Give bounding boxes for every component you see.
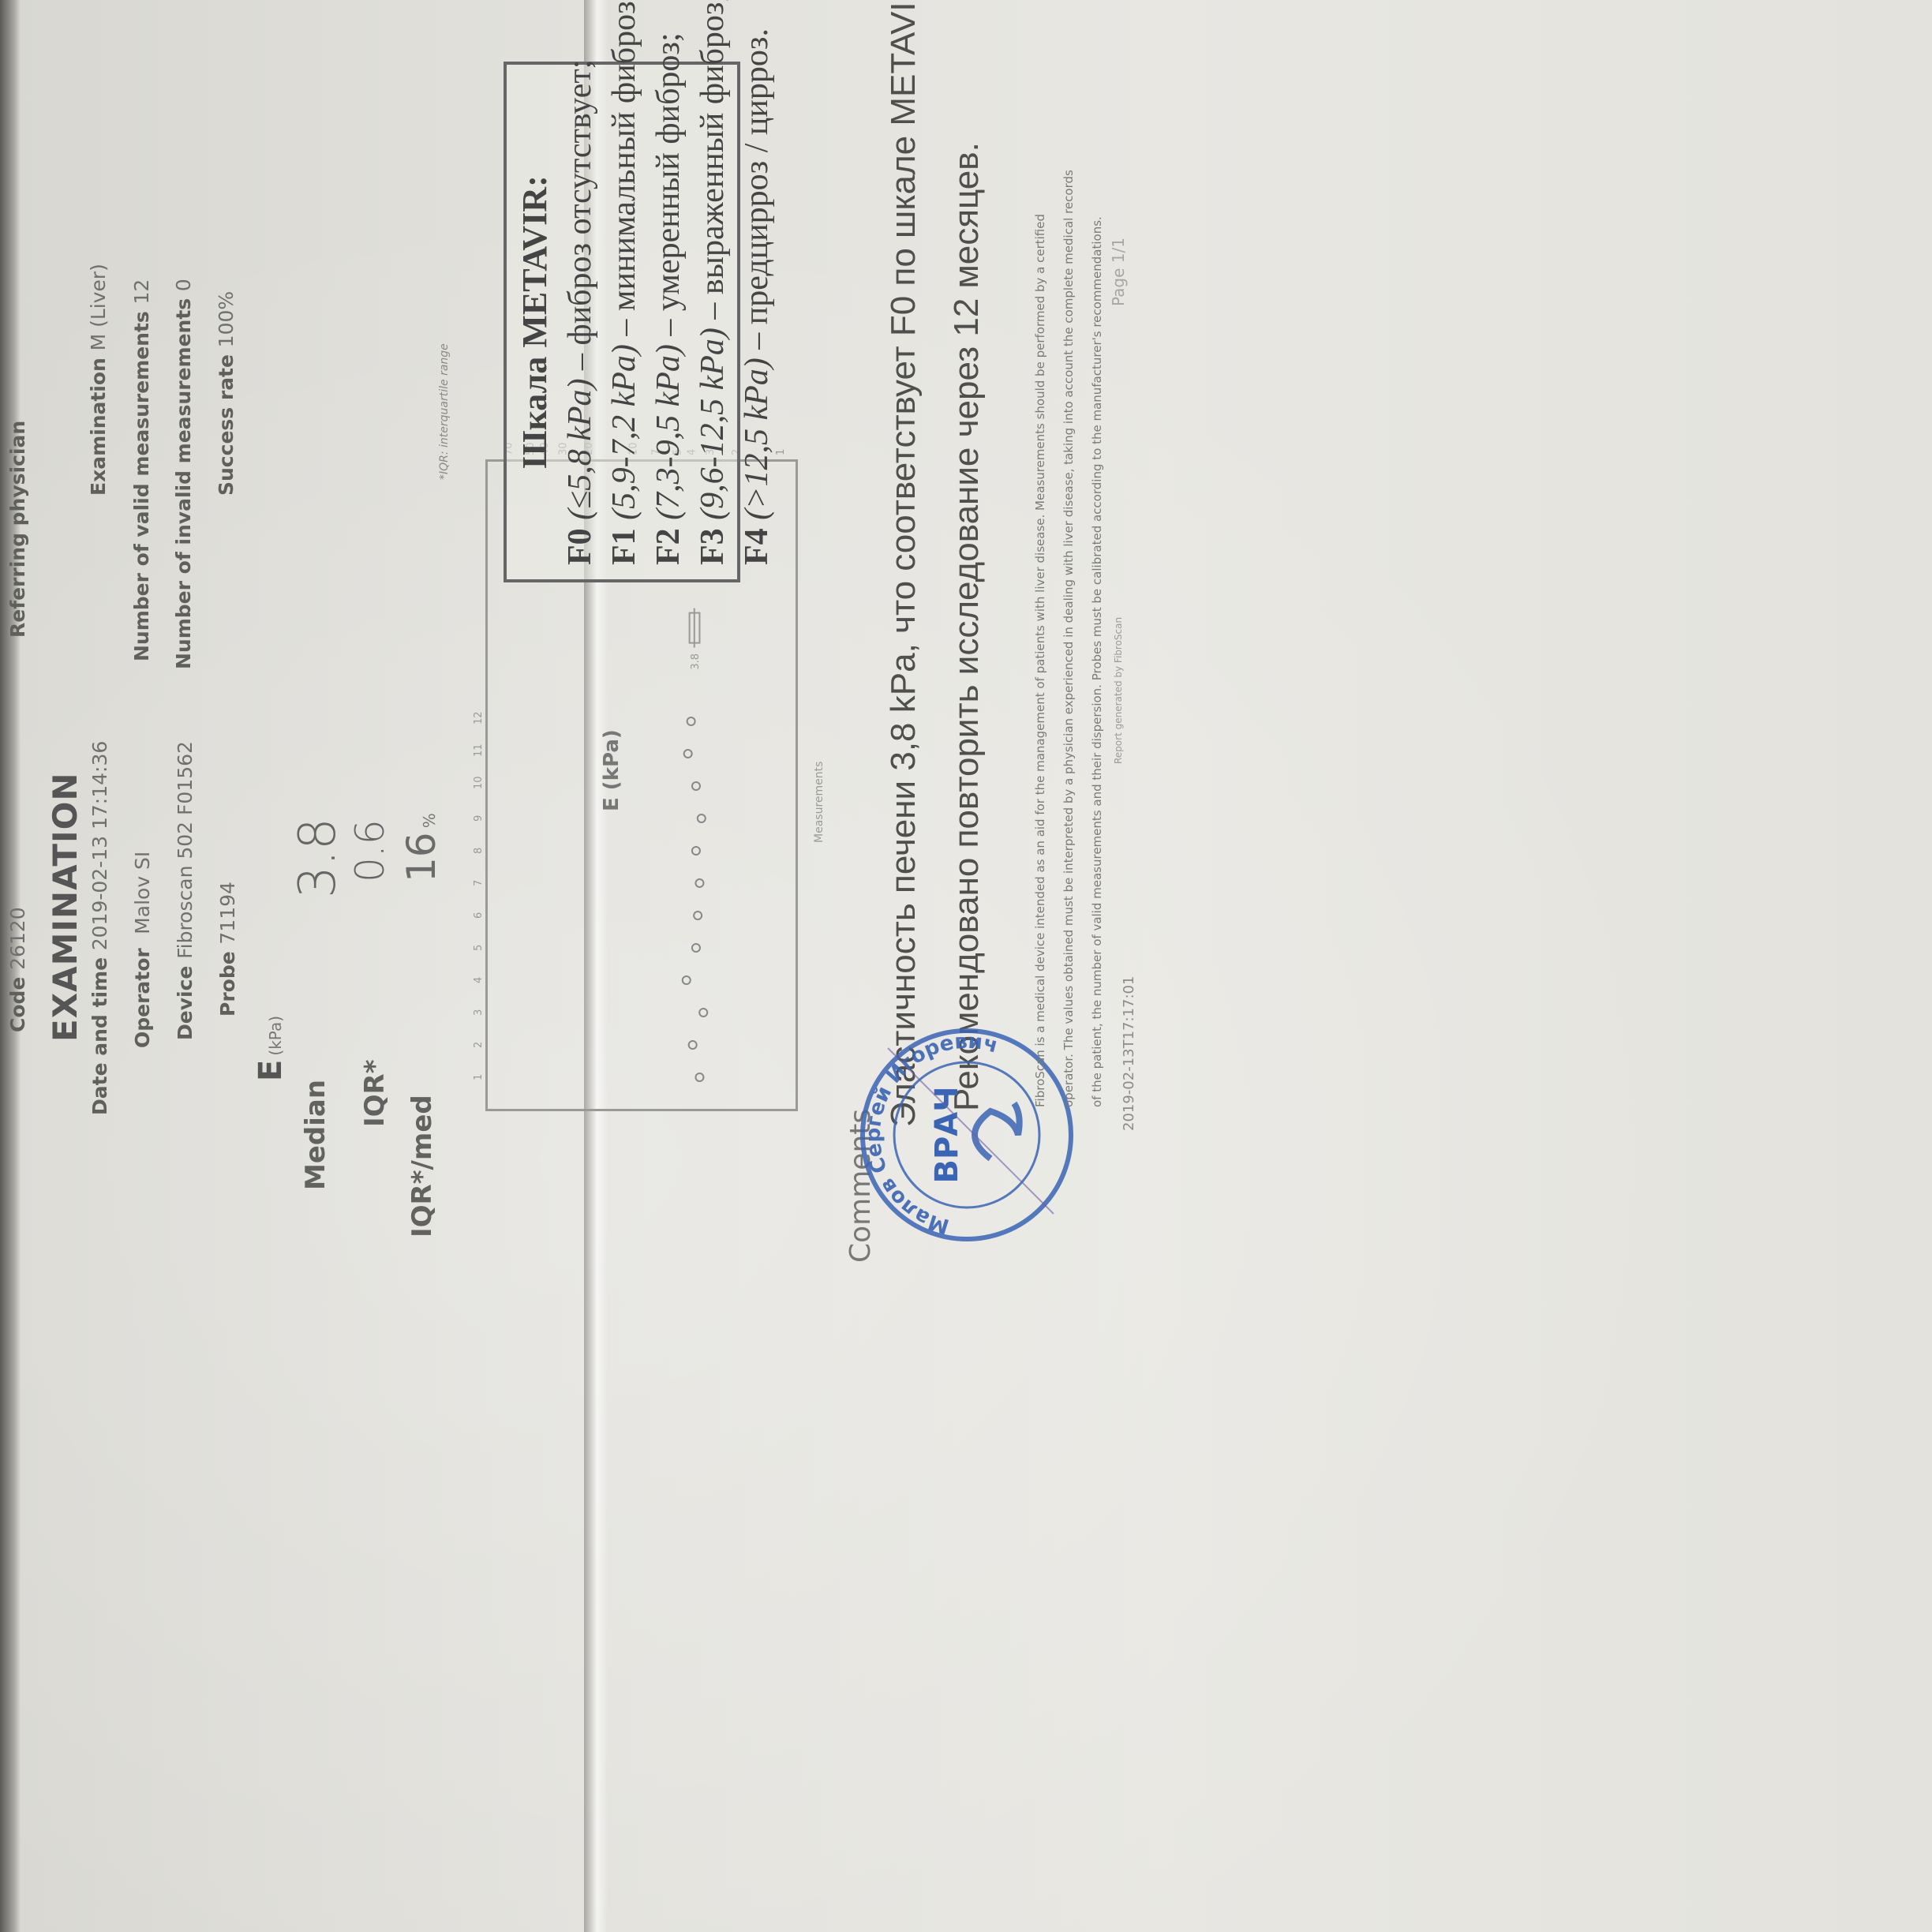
median-annotation: 3.8	[690, 653, 702, 670]
metavir-description: – предцирроз / цирроз.	[739, 28, 775, 358]
conclusion-recommendation: Рекомендовано повторить исследование чер…	[947, 142, 987, 1111]
x-tick-label: 11	[473, 743, 485, 757]
generated-timestamp: 2019-02-13T17:17:01	[1121, 976, 1137, 1131]
success-rate-value: 100%	[215, 291, 238, 347]
chart-x-label: Measurements	[813, 762, 826, 843]
referring-physician-label: Referring physician	[6, 421, 29, 638]
e-heading: E (kPa)	[253, 1016, 289, 1081]
date-time-value: 2019-02-13 17:14:36	[88, 741, 111, 951]
e-unit: (kPa)	[266, 1016, 285, 1056]
iqr-label: IQR*	[359, 1059, 391, 1127]
x-tick-label: 8	[473, 848, 485, 854]
device-field: Device Fibroscan 502 F01562	[174, 741, 197, 1040]
valid-measurements-field: Number of valid measurements 12	[130, 279, 153, 661]
code-label: Code	[6, 977, 29, 1032]
metavir-rows: F0 (≤5,8 kPa) – фиброз отсутствует;F1 (5…	[561, 79, 776, 565]
metavir-range: (7,3-9,5 kPa)	[650, 344, 687, 520]
x-tick-label: 2	[473, 1042, 485, 1048]
probe-field: Probe 71194	[216, 882, 239, 1017]
x-tick-label: 7	[473, 880, 485, 886]
measurement-point	[699, 1009, 707, 1017]
success-rate-label: Success rate	[215, 354, 238, 496]
measurement-point	[698, 814, 706, 822]
y-tick-label: 1	[775, 449, 787, 455]
iqr-footnote: *IQR: interquartile range	[438, 343, 451, 480]
caduceus-icon	[975, 1103, 1020, 1159]
metavir-title: Шкала METAVIR:	[515, 79, 555, 565]
code-value: 26120	[6, 907, 29, 970]
valid-measurements-value: 12	[130, 279, 153, 305]
code-field: Code 26120	[6, 907, 29, 1032]
iqr-value: 0.6	[347, 819, 393, 882]
measurement-point	[695, 879, 703, 887]
measurement-point	[694, 912, 702, 919]
x-tick-label: 9	[473, 815, 485, 822]
page-number: Page 1/1	[1109, 238, 1128, 306]
metavir-description: – выраженный фиброз;	[695, 0, 731, 328]
metavir-row-f4: F4 (>12,5 kPa) – предцирроз / цирроз.	[738, 79, 776, 565]
iqr-med-unit: %	[420, 813, 439, 828]
metavir-row-f3: F3 (9,6-12,5 kPa) – выраженный фиброз;	[694, 79, 732, 565]
x-tick-label: 1	[473, 1074, 485, 1080]
valid-measurements-label: Number of valid measurements	[130, 311, 153, 661]
x-tick-label: 10	[473, 776, 485, 789]
invalid-measurements-label: Number of invalid measurements	[172, 298, 195, 669]
median-label: Median	[300, 1080, 331, 1190]
x-tick-label: 3	[473, 1009, 485, 1016]
device-value: Fibroscan 502 F01562	[174, 741, 197, 959]
x-tick-label: 5	[473, 945, 485, 951]
measurement-point	[683, 976, 691, 984]
metavir-scale-box: Шкала METAVIR: F0 (≤5,8 kPa) – фиброз от…	[504, 62, 740, 582]
metavir-row-f1: F1 (5,9-7,2 kPa) – минимальный фиброз;	[605, 79, 643, 565]
invalid-measurements-value: 0	[172, 279, 195, 291]
rotated-report: Code 26120 Referring physician EXAMINATI…	[0, 0, 1932, 1932]
generated-by: Report generated by FibroScan	[1113, 617, 1124, 764]
measurement-point	[695, 1073, 703, 1081]
device-label: Device	[174, 966, 197, 1040]
probe-value: 71194	[216, 882, 239, 945]
examination-type-label: Examination	[87, 358, 110, 496]
invalid-measurements-field: Number of invalid measurements 0	[172, 279, 195, 669]
e-label: E	[253, 1060, 289, 1081]
median-value: 3.8	[289, 818, 347, 898]
metavir-grade: F2	[650, 520, 687, 565]
metavir-range: (>12,5 kPa)	[739, 358, 775, 520]
measurement-point	[687, 717, 695, 725]
metavir-description: – фиброз отсутствует;	[562, 60, 598, 379]
metavir-row-f0: F0 (≤5,8 kPa) – фиброз отсутствует;	[561, 79, 599, 565]
date-time-field: Date and time 2019-02-13 17:14:36	[88, 741, 111, 1115]
metavir-grade: F3	[695, 520, 731, 565]
metavir-range: (5,9-7,2 kPa)	[606, 344, 642, 520]
measurement-point	[692, 782, 700, 790]
metavir-grade: F4	[739, 520, 775, 565]
operator-value: Malov SI	[131, 852, 154, 934]
success-rate-field: Success rate 100%	[215, 291, 238, 496]
operator-label: Operator	[131, 948, 154, 1048]
metavir-description: – умеренный фиброз;	[650, 32, 687, 344]
metavir-description: – минимальный фиброз;	[606, 0, 642, 344]
iqr-med-value: 16	[399, 832, 444, 882]
metavir-grade: F0	[562, 520, 598, 565]
metavir-range: (≤5,8 kPa)	[562, 379, 598, 520]
x-tick-label: 6	[473, 912, 485, 919]
date-time-label: Date and time	[88, 957, 111, 1115]
operator-field: Operator Malov SI	[131, 852, 154, 1048]
measurement-point	[692, 944, 700, 952]
measurement-point	[689, 1041, 697, 1049]
disclaimer-text: FibroScan is a medical device intended a…	[1026, 160, 1111, 1107]
measurement-point	[684, 750, 692, 758]
examination-type-field: Examination M (Liver)	[87, 264, 110, 496]
probe-label: Probe	[216, 951, 239, 1017]
x-tick-label: 4	[473, 977, 485, 983]
stamp-center-text: ВРАЧ	[929, 1086, 965, 1183]
x-tick-label: 12	[473, 711, 485, 724]
section-title: EXAMINATION	[46, 772, 84, 1042]
metavir-range: (9,6-12,5 kPa)	[695, 328, 731, 520]
examination-type-value: M (Liver)	[87, 264, 110, 350]
iqr-med-label: IQR*/med	[406, 1095, 438, 1237]
metavir-grade: F1	[606, 520, 642, 565]
measurement-point	[692, 847, 700, 855]
metavir-row-f2: F2 (7,3-9,5 kPa) – умеренный фиброз;	[650, 79, 687, 565]
conclusion-elasticity: Эластичность печени 3,8 kPa, что соответ…	[884, 0, 923, 1127]
iqr-med-field: 16 %	[399, 813, 444, 882]
